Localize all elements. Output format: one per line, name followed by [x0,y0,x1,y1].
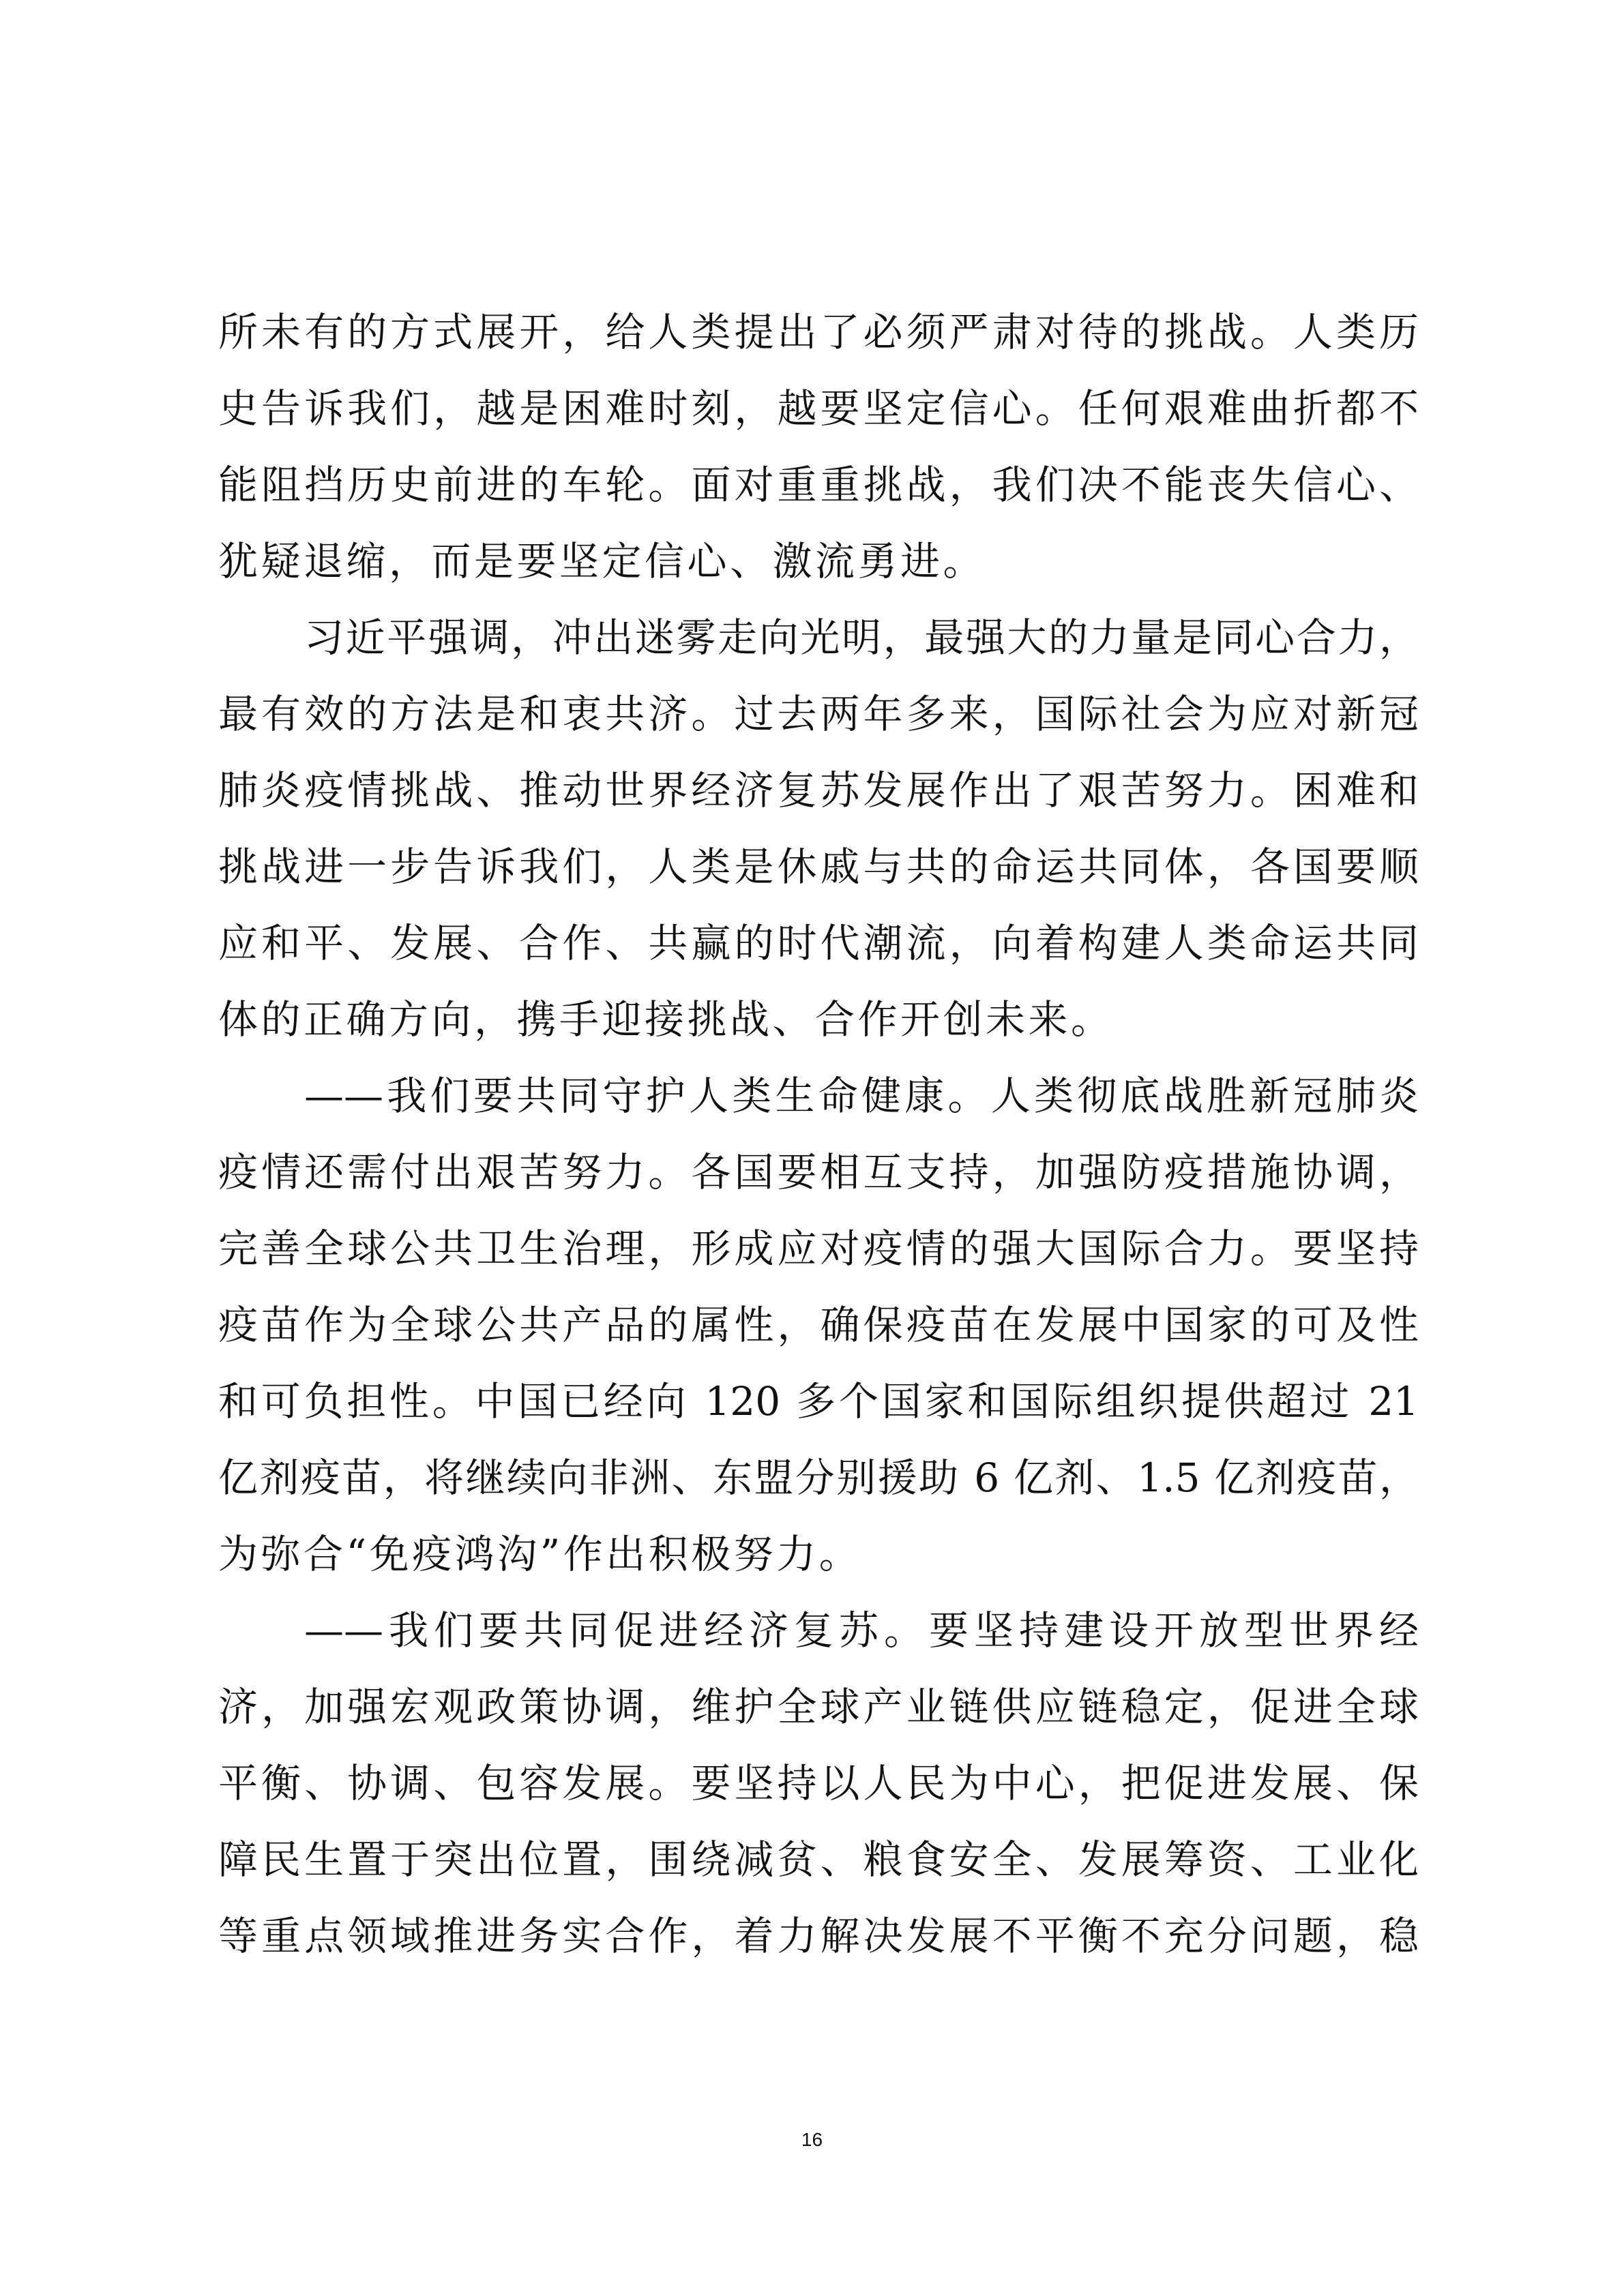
text-line: 和可负担性。中国已经向 120 多个国家和国际组织提供超过 21 [218,1363,1419,1440]
text-line: 肺炎疫情挑战、推动世界经济复苏发展作出了艰苦努力。困难和 [218,752,1419,829]
text-line: 为弥合“免疫鸿沟”作出积极努力。 [218,1516,1419,1592]
text-line: 最有效的方法是和衷共济。过去两年多来，国际社会为应对新冠 [218,676,1419,752]
text-line: 犹疑退缩，而是要坚定信心、激流勇进。 [218,523,1419,599]
text-line: ——我们要共同守护人类生命健康。人类彻底战胜新冠肺炎 [218,1058,1419,1134]
text-line: 挑战进一步告诉我们，人类是休戚与共的命运共同体，各国要顺 [218,829,1419,905]
text-line: 疫苗作为全球公共产品的属性，确保疫苗在发展中国家的可及性 [218,1287,1419,1363]
page-number: 16 [0,2129,1624,2151]
text-line: 等重点领域推进务实合作，着力解决发展不平衡不充分问题，稳 [218,1898,1419,1974]
text-line: 疫情还需付出艰苦努力。各国要相互支持，加强防疫措施协调， [218,1134,1419,1210]
text-line: 体的正确方向，携手迎接挑战、合作开创未来。 [218,981,1419,1058]
text-line: 亿剂疫苗，将继续向非洲、东盟分别援助 6 亿剂、1.5 亿剂疫苗， [218,1440,1419,1516]
text-line: ——我们要共同促进经济复苏。要坚持建设开放型世界经 [218,1592,1419,1669]
text-line: 平衡、协调、包容发展。要坚持以人民为中心，把促进发展、保 [218,1745,1419,1821]
body-text: 所未有的方式展开，给人类提出了必须严肃对待的挑战。人类历 史告诉我们，越是困难时… [218,294,1419,1974]
text-line: 完善全球公共卫生治理，形成应对疫情的强大国际合力。要坚持 [218,1210,1419,1287]
text-line: 能阻挡历史前进的车轮。面对重重挑战，我们决不能丧失信心、 [218,447,1419,523]
text-line: 应和平、发展、合作、共赢的时代潮流，向着构建人类命运共同 [218,905,1419,981]
text-line: 障民生置于突出位置，围绕减贫、粮食安全、发展筹资、工业化 [218,1821,1419,1898]
text-line: 所未有的方式展开，给人类提出了必须严肃对待的挑战。人类历 [218,294,1419,370]
text-line: 济，加强宏观政策协调，维护全球产业链供应链稳定，促进全球 [218,1669,1419,1745]
document-page: 所未有的方式展开，给人类提出了必须严肃对待的挑战。人类历 史告诉我们，越是困难时… [0,0,1624,2296]
text-line: 史告诉我们，越是困难时刻，越要坚定信心。任何艰难曲折都不 [218,370,1419,447]
text-line: 习近平强调，冲出迷雾走向光明，最强大的力量是同心合力， [218,599,1419,676]
